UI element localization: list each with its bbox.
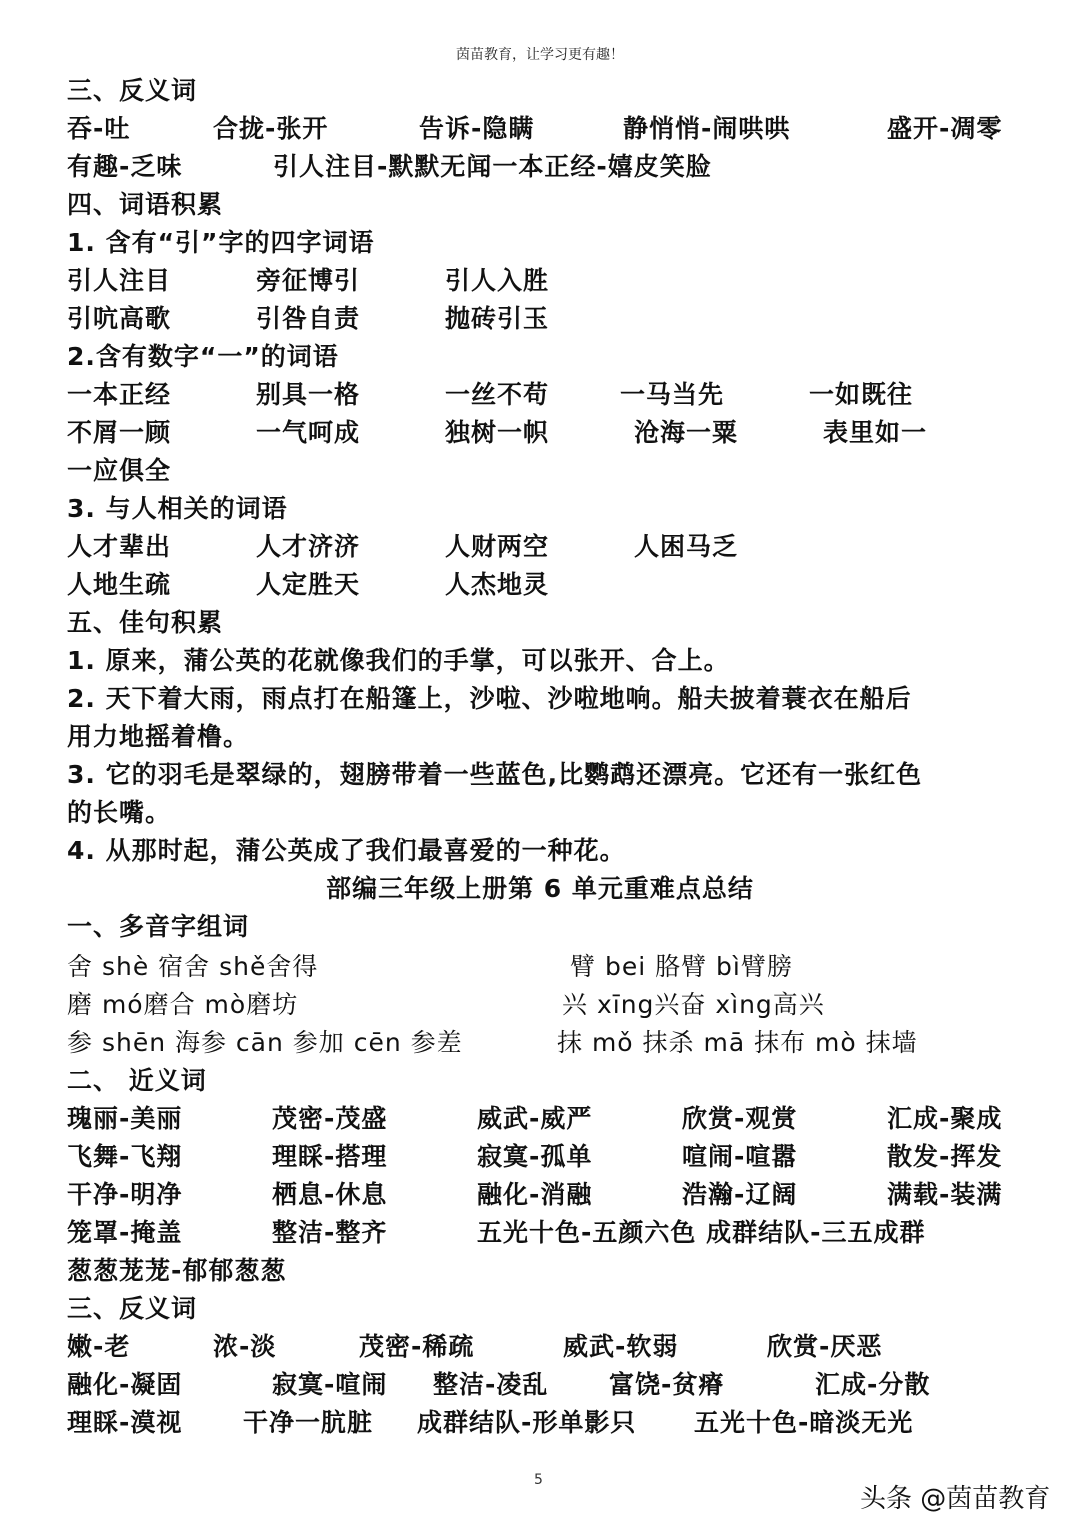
section-heading-polyphones: 一、多音字组词 <box>67 912 249 942</box>
word-pair: 嫩-老 <box>67 1332 130 1362</box>
page-number: 5 <box>534 1472 543 1488</box>
antonym-row: 融化-凝固 寂寞-喧闹 整洁-凌乱 富饶-贫瘠 汇成-分散 <box>67 1370 1067 1400</box>
word-row: 不屑一顾 一气呵成 独树一帜 沧海一粟 表里如一 <box>67 418 1067 448</box>
word-pair: 欣赏-观赏 <box>682 1104 797 1134</box>
word-pair: 引人注目-默默无闻一本正经-嬉皮笑脸 <box>273 152 712 182</box>
word: 旁征博引 <box>256 266 360 296</box>
word-row: 引人注目 旁征博引 引人入胜 <box>67 266 1067 296</box>
word-pair: 笼罩-掩盖 <box>67 1218 182 1248</box>
word: 人杰地灵 <box>445 570 549 600</box>
page-header: 茵苗教育，让学习更有趣！ <box>0 44 1080 64</box>
sentence-continuation: 用力地摇着橹。 <box>67 722 249 752</box>
sentence: 3. 它的羽毛是翠绿的，翅膀带着一些蓝色,比鹦鹉还漂亮。它还有一张红色 <box>67 760 922 790</box>
word-pair: 散发-挥发 <box>887 1142 1002 1172</box>
word-pair: 整洁-凌乱 <box>433 1370 548 1400</box>
word-pair: 葱葱茏茏-郁郁葱葱 <box>67 1256 286 1286</box>
word-pair: 飞舞-飞翔 <box>67 1142 182 1172</box>
polyphone-entry: 舍 shè 宿舍 shě舍得 <box>67 952 318 982</box>
word-pair: 汇成-聚成 <box>887 1104 1002 1134</box>
word-row: 一本正经 别具一格 一丝不苟 一马当先 一如既往 <box>67 380 1067 410</box>
word-pair: 满载-装满 <box>887 1180 1002 1210</box>
word: 人困马乏 <box>634 532 738 562</box>
word-pair: 瑰丽-美丽 <box>67 1104 182 1134</box>
word-pair: 茂密-茂盛 <box>272 1104 387 1134</box>
word-pair: 盛开-凋零 <box>887 114 1002 144</box>
word-pair: 合拢-张开 <box>213 114 328 144</box>
word-pair: 威武-威严 <box>477 1104 592 1134</box>
word-pair: 融化-消融 <box>477 1180 592 1210</box>
word: 人地生疏 <box>67 570 171 600</box>
word-row: 引吭高歌 引咎自责 抛砖引玉 <box>67 304 1067 334</box>
word-pair: 干净-明净 <box>67 1180 182 1210</box>
word-pair: 寂寞-孤单 <box>477 1142 592 1172</box>
word: 一本正经 <box>67 380 171 410</box>
polyphone-row: 磨 mó磨合 mò磨坊 兴 xīng兴奋 xìng高兴 <box>67 990 1067 1020</box>
watermark: 头条 @茵苗教育 <box>860 1478 1050 1515</box>
synonym-row: 瑰丽-美丽 茂密-茂盛 威武-威严 欣赏-观赏 汇成-聚成 <box>67 1104 1067 1134</box>
word: 一应俱全 <box>67 456 171 486</box>
word: 引人入胜 <box>445 266 549 296</box>
word: 人才辈出 <box>67 532 171 562</box>
section-heading-sentences: 五、佳句积累 <box>67 608 223 638</box>
word-pair: 栖息-休息 <box>272 1180 387 1210</box>
polyphone-row: 参 shēn 海参 cān 参加 cēn 参差 抹 mǒ 抹杀 mā 抹布 mò… <box>67 1028 1067 1058</box>
word-pair: 理睬-搭理 <box>272 1142 387 1172</box>
word: 引咎自责 <box>256 304 360 334</box>
polyphone-entry: 兴 xīng兴奋 xìng高兴 <box>562 990 825 1020</box>
section-heading-antonyms: 三、反义词 <box>67 76 197 106</box>
word: 独树一帜 <box>445 418 549 448</box>
subsection-heading: 2.含有数字“一”的词语 <box>67 342 339 372</box>
word-pair: 五光十色-暗淡无光 <box>694 1408 913 1438</box>
word-pair: 浩瀚-辽阔 <box>682 1180 797 1210</box>
unit-title: 部编三年级上册第 6 单元重难点总结 <box>0 874 1080 904</box>
word: 人财两空 <box>445 532 549 562</box>
word-pair: 茂密-稀疏 <box>359 1332 474 1362</box>
word: 一如既往 <box>809 380 913 410</box>
subsection-heading: 3. 与人相关的词语 <box>67 494 288 524</box>
word: 表里如一 <box>823 418 927 448</box>
word-pair: 汇成-分散 <box>815 1370 930 1400</box>
subsection-heading: 1. 含有“引”字的四字词语 <box>67 228 374 258</box>
word-pair: 吞-吐 <box>67 114 130 144</box>
antonym-row: 有趣-乏味 引人注目-默默无闻一本正经-嬉皮笑脸 <box>67 152 1067 182</box>
polyphone-entry: 参 shēn 海参 cān 参加 cēn 参差 <box>67 1028 463 1058</box>
word-pair: 有趣-乏味 <box>67 152 182 182</box>
antonym-row: 吞-吐 合拢-张开 告诉-隐瞒 静悄悄-闹哄哄 盛开-凋零 <box>67 114 1067 144</box>
sentence: 2. 天下着大雨，雨点打在船篷上，沙啦、沙啦地响。船夫披着蓑衣在船后 <box>67 684 912 714</box>
polyphone-entry: 抹 mǒ 抹杀 mā 抹布 mò 抹墙 <box>557 1028 918 1058</box>
word-row: 人才辈出 人才济济 人财两空 人困马乏 <box>67 532 1067 562</box>
polyphone-row: 舍 shè 宿舍 shě舍得 臂 bei 胳臂 bì臂膀 <box>67 952 1067 982</box>
word: 沧海一粟 <box>634 418 738 448</box>
word-pair: 整洁-整齐 <box>272 1218 387 1248</box>
word: 人定胜天 <box>256 570 360 600</box>
sentence: 4. 从那时起，蒲公英成了我们最喜爱的一种花。 <box>67 836 626 866</box>
word: 一气呵成 <box>256 418 360 448</box>
synonym-row: 笼罩-掩盖 整洁-整齐 五光十色-五颜六色 成群结队-三五成群 <box>67 1218 1067 1248</box>
sentence: 1. 原来，蒲公英的花就像我们的手掌，可以张开、合上。 <box>67 646 730 676</box>
word: 引吭高歌 <box>67 304 171 334</box>
section-heading-antonyms-2: 三、反义词 <box>67 1294 197 1324</box>
word-pair: 静悄悄-闹哄哄 <box>623 114 790 144</box>
word-row: 人地生疏 人定胜天 人杰地灵 <box>67 570 1067 600</box>
word-pair: 干净一肮脏 <box>243 1408 373 1438</box>
word: 不屑一顾 <box>67 418 171 448</box>
synonym-row: 干净-明净 栖息-休息 融化-消融 浩瀚-辽阔 满载-装满 <box>67 1180 1067 1210</box>
word: 引人注目 <box>67 266 171 296</box>
word-pair: 告诉-隐瞒 <box>419 114 534 144</box>
word-pair: 融化-凝固 <box>67 1370 182 1400</box>
synonym-row: 飞舞-飞翔 理睬-搭理 寂寞-孤单 喧闹-喧嚣 散发-挥发 <box>67 1142 1067 1172</box>
antonym-row: 嫩-老 浓-淡 茂密-稀疏 威武-软弱 欣赏-厌恶 <box>67 1332 1067 1362</box>
word-pair: 欣赏-厌恶 <box>767 1332 882 1362</box>
word-pair: 威武-软弱 <box>563 1332 678 1362</box>
word: 别具一格 <box>256 380 360 410</box>
word: 一丝不苟 <box>445 380 549 410</box>
word-pair: 五光十色-五颜六色 成群结队-三五成群 <box>477 1218 925 1248</box>
antonym-row: 理睬-漠视 干净一肮脏 成群结队-形单影只 五光十色-暗淡无光 <box>67 1408 1067 1438</box>
polyphone-entry: 磨 mó磨合 mò磨坊 <box>67 990 298 1020</box>
polyphone-entry: 臂 bei 胳臂 bì臂膀 <box>570 952 793 982</box>
word-pair: 喧闹-喧嚣 <box>682 1142 797 1172</box>
word-pair: 成群结队-形单影只 <box>417 1408 636 1438</box>
word-pair: 浓-淡 <box>213 1332 276 1362</box>
section-heading-synonyms: 二、 近义词 <box>67 1066 207 1096</box>
word-pair: 寂寞-喧闹 <box>272 1370 387 1400</box>
word: 人才济济 <box>256 532 360 562</box>
word-pair: 理睬-漠视 <box>67 1408 182 1438</box>
word-pair: 富饶-贫瘠 <box>609 1370 724 1400</box>
sentence-continuation: 的长嘴。 <box>67 798 171 828</box>
section-heading-vocab: 四、词语积累 <box>67 190 223 220</box>
word: 抛砖引玉 <box>445 304 549 334</box>
word: 一马当先 <box>620 380 724 410</box>
